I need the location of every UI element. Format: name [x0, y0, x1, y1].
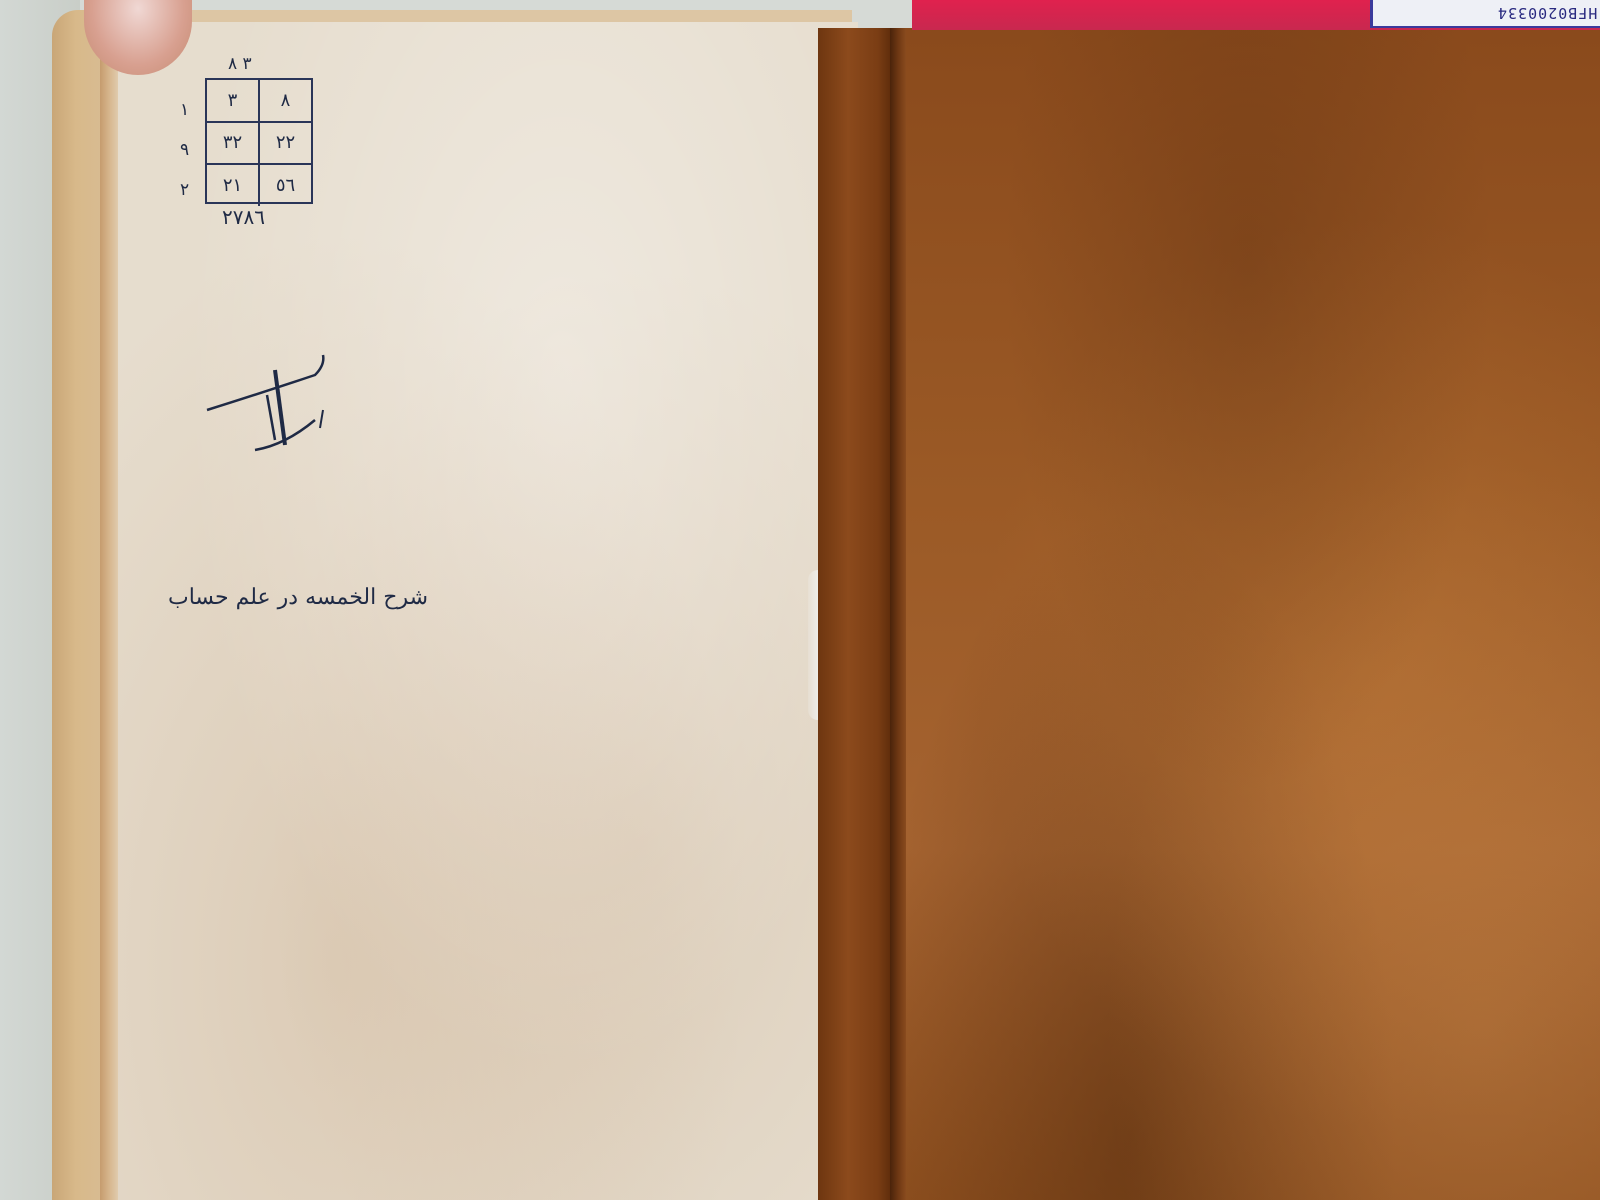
signature-mark — [205, 350, 335, 460]
grid-row: ٢١ ٥٦ — [207, 165, 311, 206]
left-digit: ١ — [180, 90, 189, 130]
grid-cell: ٣ — [207, 80, 260, 121]
left-digit: ٢ — [180, 170, 189, 210]
left-digit: ٩ — [180, 130, 189, 170]
grid-cell: ٢٢ — [260, 123, 311, 164]
page-gutter — [100, 20, 118, 1200]
leather-cover — [818, 28, 1600, 1200]
square-left-digits: ١ ٩ ٢ — [180, 90, 189, 210]
handwritten-inscription: شرح الخمسه در علم حساب — [168, 585, 428, 610]
grid-row: ٣ ٨ — [207, 80, 311, 123]
grid-cell: ٢١ — [207, 165, 260, 206]
manuscript-photo: HFB0200334 ٣ ٨ ١ ٩ ٢ ٣ ٨ ٣٢ ٢٢ ٢١ ٥٦ ٢٧٨… — [0, 0, 1600, 1200]
spine-turn-in — [818, 28, 893, 1200]
square-bottom-number: ٢٧٨٦ — [222, 205, 265, 229]
square-top-digits: ٣ ٨ — [228, 54, 252, 74]
numeric-grid: ٣ ٨ ٣٢ ٢٢ ٢١ ٥٦ — [205, 78, 313, 204]
barcode-label: HFB0200334 — [1370, 0, 1600, 28]
spine-groove — [890, 28, 906, 1200]
grid-cell: ٨ — [260, 80, 311, 121]
barcode-text: HFB0200334 — [1497, 4, 1597, 22]
grid-cell: ٥٦ — [260, 165, 311, 206]
grid-row: ٣٢ ٢٢ — [207, 123, 311, 166]
grid-cell: ٣٢ — [207, 123, 260, 164]
